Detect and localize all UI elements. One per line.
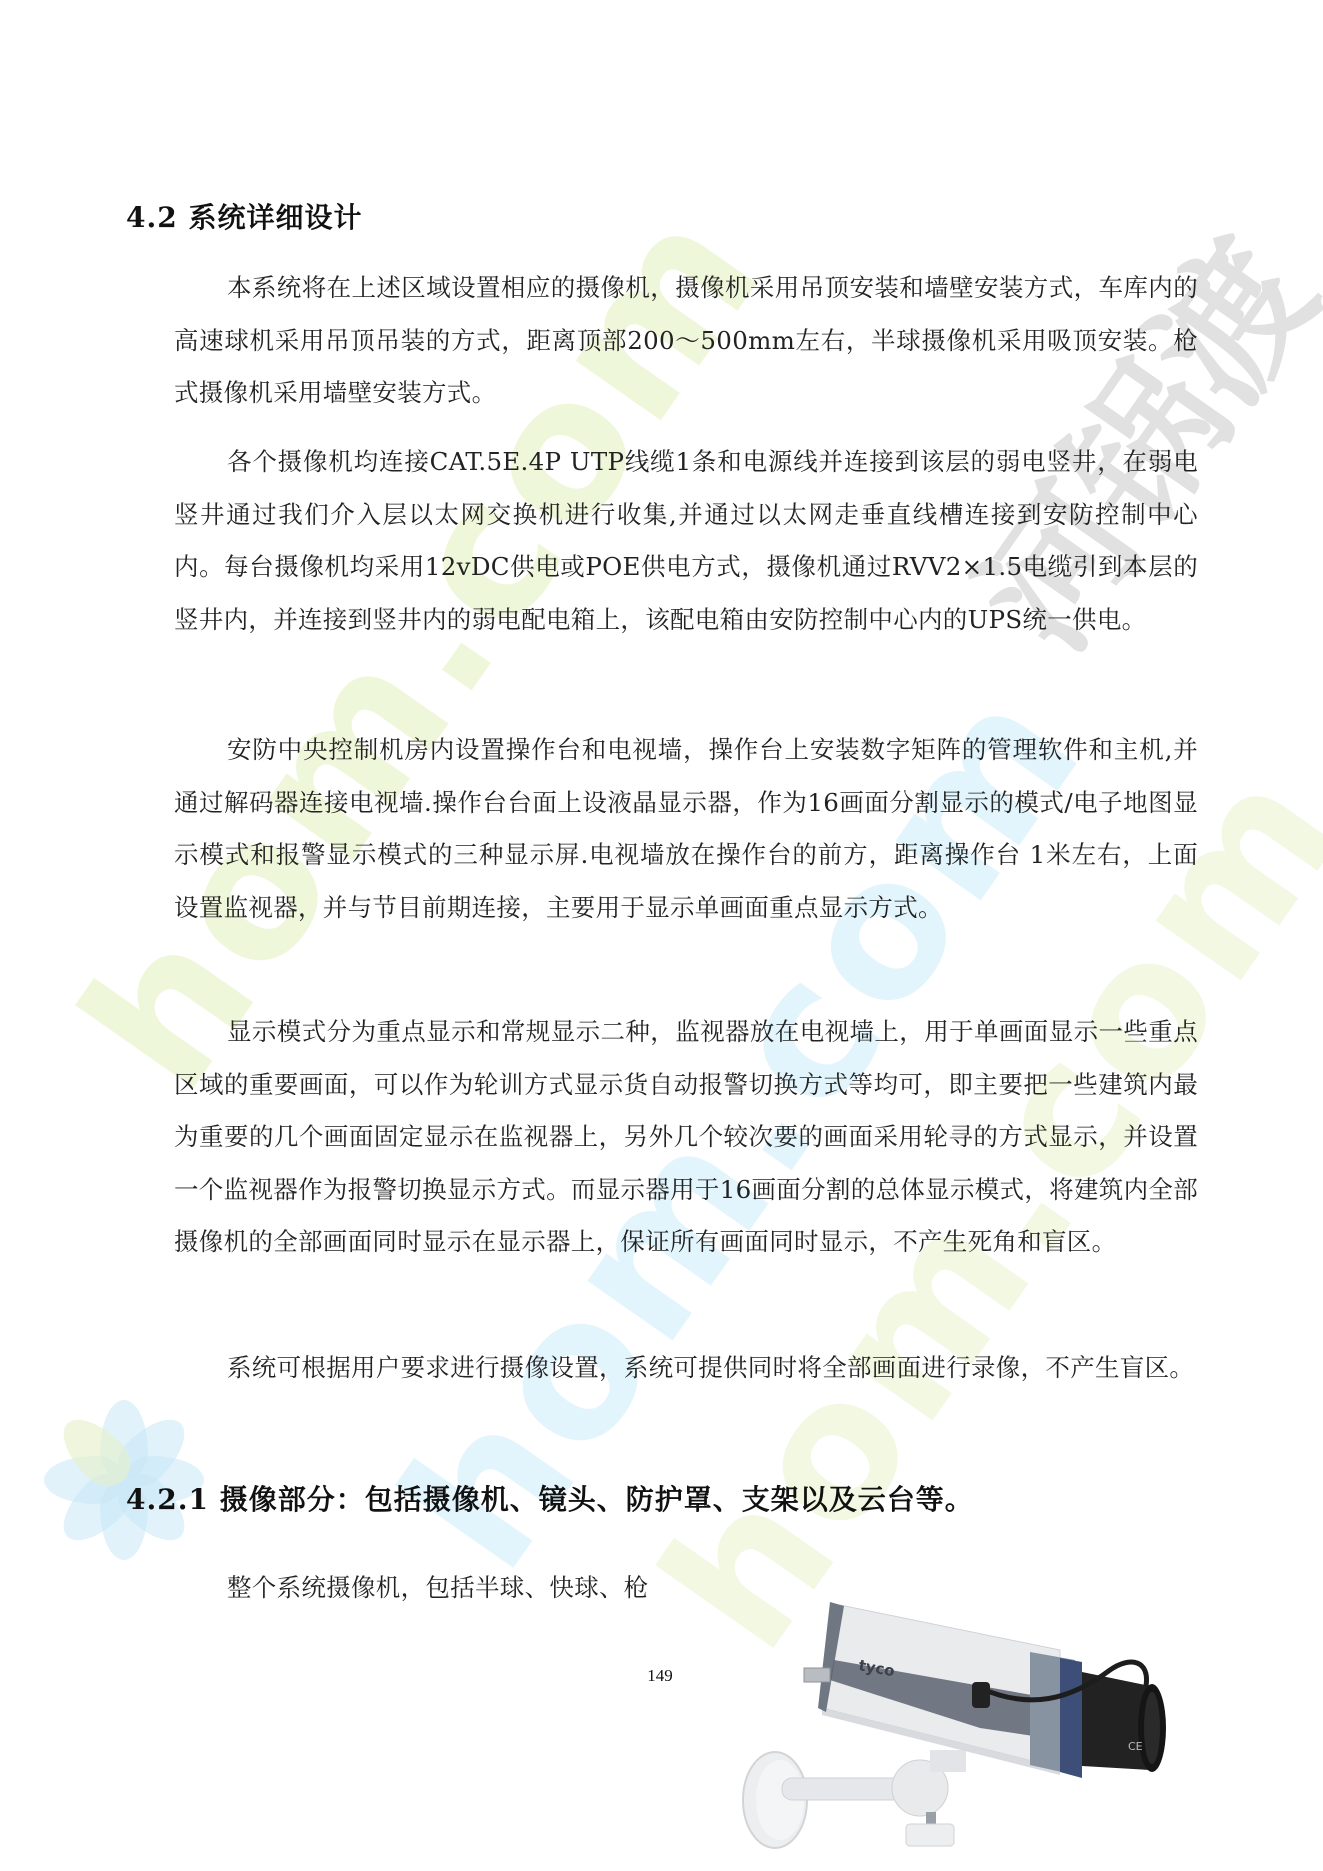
subsection-heading: 4.2.1 摄像部分：包括摄像机、镜头、防护罩、支架以及云台等。 [126, 1478, 974, 1518]
box-camera-icon: tyco CE [730, 1590, 1240, 1871]
paragraph: 安防中央控制机房内设置操作台和电视墙，操作台上安装数字矩阵的管理软件和主机,并通… [174, 724, 1198, 934]
section-heading: 4.2 系统详细设计 [126, 196, 362, 236]
page-number: 149 [640, 1666, 680, 1686]
camera-image: tyco CE [730, 1590, 1240, 1871]
document-page: 4.2 系统详细设计 本系统将在上述区域设置相应的摄像机，摄像机采用吊顶安装和墙… [0, 0, 1323, 1871]
paragraph: 整个系统摄像机，包括半球、快球、枪 [174, 1562, 774, 1615]
paragraph: 各个摄像机均连接CAT.5E.4P UTP线缆1条和电源线并连接到该层的弱电竖井… [174, 436, 1198, 646]
svg-text:CE: CE [1128, 1740, 1143, 1753]
paragraph: 显示模式分为重点显示和常规显示二种，监视器放在电视墙上，用于单画面显示一些重点区… [174, 1006, 1198, 1269]
paragraph: 本系统将在上述区域设置相应的摄像机，摄像机采用吊顶安装和墙壁安装方式，车库内的高… [174, 262, 1198, 420]
paragraph: 系统可根据用户要求进行摄像设置，系统可提供同时将全部画面进行录像，不产生盲区。 [174, 1342, 1198, 1395]
